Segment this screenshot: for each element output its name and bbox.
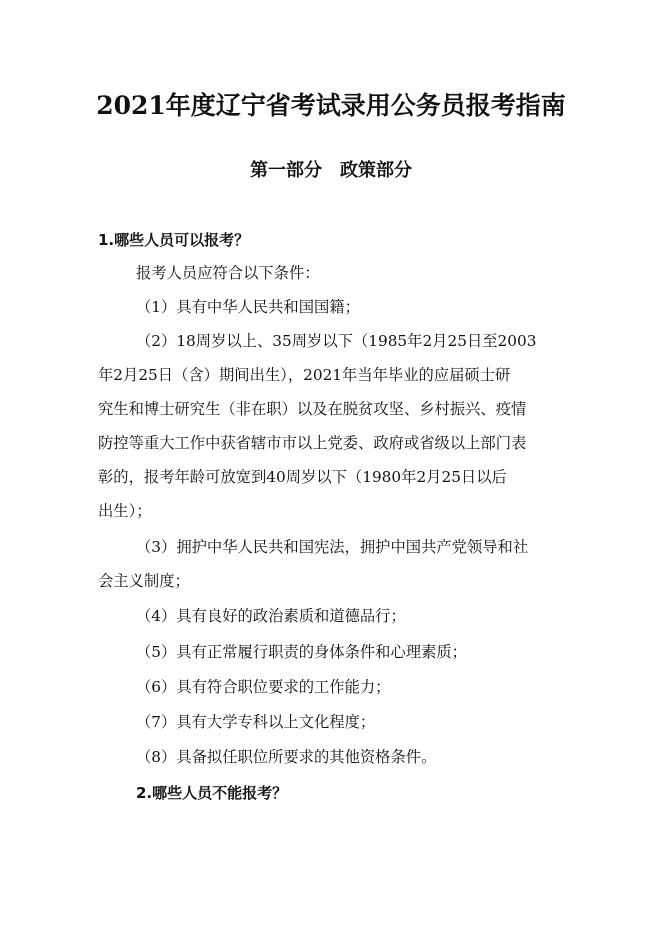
condition-2-line-4: 防控等重大工作中获省辖市市以上党委、政府或省级以上部门表 xyxy=(98,433,526,453)
document-title: 2021年度辽宁省考试录用公务员报考指南 xyxy=(0,86,662,122)
section-subtitle: 第一部分 政策部分 xyxy=(0,156,662,182)
condition-2-line-1: （2）18周岁以上、35周岁以下（1985年2月25日至2003 xyxy=(136,331,536,351)
condition-3-line-2: 会主义制度； xyxy=(98,571,190,591)
question-heading-1: 1.哪些人员可以报考？ xyxy=(98,229,249,250)
condition-2-line-6: 出生）； xyxy=(98,501,152,521)
intro-paragraph: 报考人员应符合以下条件： xyxy=(136,263,320,283)
question-heading-2: 2.哪些人员不能报考？ xyxy=(136,782,287,803)
condition-2-line-3: 究生和博士研究生（非在职）以及在脱贫攻坚、乡村振兴、疫情 xyxy=(98,399,526,419)
condition-1: （1）具有中华人民共和国国籍； xyxy=(136,297,360,317)
condition-4: （4）具有良好的政治素质和道德品行； xyxy=(136,606,406,626)
condition-2-line-5: 彰的，报考年龄可放宽到40周岁以下（1980年2月25日以后 xyxy=(98,467,507,487)
condition-2-line-2: 年2月25日（含）期间出生），2021年当年毕业的应届硕士研 xyxy=(98,365,510,385)
condition-8: （8）具备拟任职位所要求的其他资格条件。 xyxy=(136,747,436,767)
condition-6: （6）具有符合职位要求的工作能力； xyxy=(136,677,390,697)
condition-5: （5）具有正常履行职责的身体条件和心理素质； xyxy=(136,642,467,662)
condition-7: （7）具有大学专科以上文化程度； xyxy=(136,712,375,732)
condition-3-line-1: （3）拥护中华人民共和国宪法，拥护中国共产党领导和社 xyxy=(136,537,528,557)
